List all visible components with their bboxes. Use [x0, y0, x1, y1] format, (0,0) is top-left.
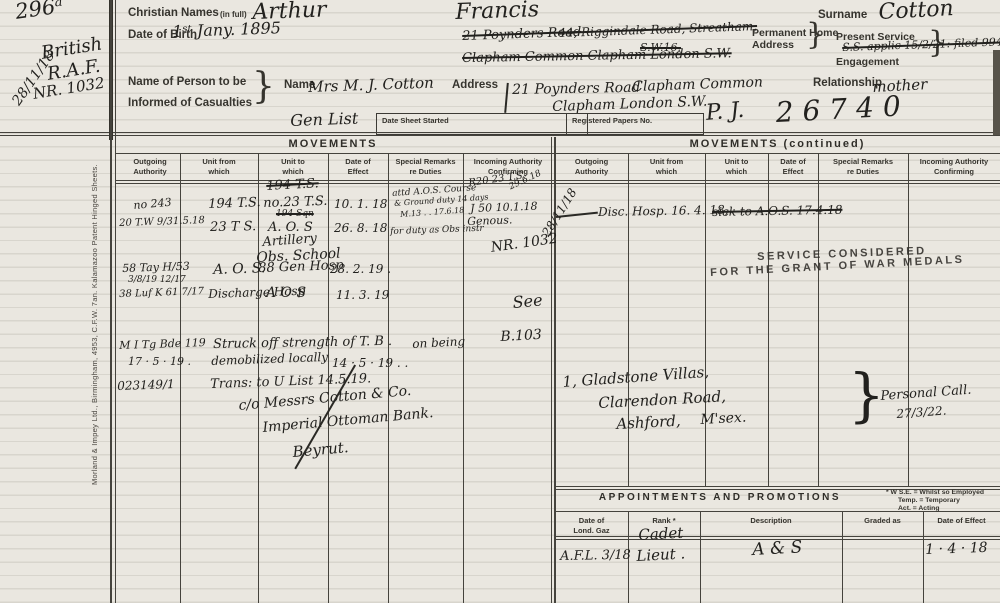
- hw-mvL-r5-auth-a: M I Tg Bde 119: [119, 337, 206, 351]
- hw-personal-call: Personal Call.: [880, 384, 972, 403]
- hw-mvL-r4-to: A O S: [266, 286, 306, 300]
- hw-app-rank-b: Lieut .: [636, 546, 686, 564]
- hw-address-3: Clapham London S.W.: [552, 95, 708, 114]
- hw-app-rank-a: Cadet: [638, 526, 684, 543]
- hw-personal-call-date: 27/3/22.: [896, 405, 947, 420]
- hw-service-note: S.S. applic 15/2/21: filed 994 Ey: [842, 36, 1000, 53]
- hw-mvL-r5-text-a: Struck off strength of T. B .: [213, 335, 392, 351]
- hw-mvL-r4-auth: 38 Luf K 61 7/17: [119, 287, 204, 300]
- hw-mvL-r1-to: no.23 T.S.: [263, 195, 328, 210]
- hw-mvR-r1-a: Disc. Hosp. 16. 4. 18,: [598, 204, 729, 218]
- hw-mvL-conf-date: 28/11/18: [540, 186, 579, 238]
- hw-mvR-addr-d: M'sex.: [700, 411, 747, 427]
- hw-app-date: 1 · 4 · 18: [925, 541, 988, 557]
- hw-papers-number: 26740: [775, 92, 910, 127]
- hw-mvL-r1-conf-c: J 50 10.1.18: [470, 201, 538, 214]
- hw-mvL-r2-from: 23 T S.: [210, 220, 256, 234]
- hw-mvL-r1-auth-a: no 243: [133, 197, 172, 211]
- hw-mvL-r1-to-struck: 194 T.S.: [266, 177, 319, 193]
- hw-address-2: Clapham Common: [632, 75, 763, 94]
- hw-gen-list: Gen List: [290, 111, 359, 129]
- hw-mvL-r5-date: 14 · 5 · 19 . .: [332, 357, 408, 369]
- hw-next-of-kin: Mrs M. J. Cotton: [308, 76, 434, 95]
- hw-mvL-b103: B.103: [500, 328, 542, 344]
- hw-margin-number: NR. 1032: [32, 76, 106, 102]
- hw-mvL-r5-text-b: on being: [412, 335, 465, 350]
- hw-mvL-r1-remarks-c: M.13 . . 17.6.18: [400, 207, 465, 219]
- hw-app-gaz: A.F.L. 3/18: [560, 549, 631, 563]
- hw-mvL-r3-auth-a: 58 Tay H/53: [122, 261, 190, 274]
- hw-old-address-2: 44, Riggindale Road, Streatham,: [558, 20, 757, 39]
- hw-mvL-r2-date: 26. 8. 18: [334, 222, 387, 234]
- hw-dob: 1ˢᵗ Jany. 1895: [172, 20, 281, 40]
- hw-mvL-r1-to-sqn: 194 Sqn: [276, 210, 314, 219]
- hw-mvR-addr-c: Ashford,: [616, 414, 681, 432]
- hw-app-desc: A & S: [752, 539, 803, 559]
- hw-mvL-r3-auth-b: 3/8/19 12/17: [128, 276, 186, 285]
- address-brace-line: [504, 83, 508, 113]
- service-record-card: Christian Names (in full) Surname Date o…: [0, 0, 1000, 603]
- hw-mvL-r3-date: 28. 2. 19 .: [330, 263, 391, 275]
- hw-mvR-addr-a: 1, Gladstone Villas,: [562, 365, 710, 390]
- hw-mvL-r1-date: 10. 1. 18: [334, 198, 387, 210]
- hw-mvL-r1-conf-d: Genous.: [467, 214, 513, 227]
- hw-mvL-r1-from: 194 T.S.: [208, 196, 261, 211]
- hw-page-ref: 296ᵃ: [14, 0, 64, 23]
- hw-mvL-r2-auth: 20 T.W 9/31.5.18: [119, 216, 205, 229]
- hw-mvL-see: See: [512, 292, 543, 311]
- hw-mvL-r5-text-c: demobilized locally: [211, 351, 328, 367]
- hw-address-1: 21 Poynders Road: [512, 81, 641, 97]
- hw-christian-name-2: Francis: [455, 0, 539, 24]
- hw-mvL-r4-date: 11. 3. 19: [336, 289, 389, 301]
- hw-papers-prefix: P. J.: [705, 100, 745, 125]
- hw-old-address-4: Clapham Common Clapham London S.W.: [462, 47, 732, 65]
- hw-mvR-r1-b: sick to A.O.S. 17.4.18: [712, 204, 843, 218]
- hw-surname: Cotton: [878, 0, 954, 24]
- hw-mvL-r6-addr-b: Imperial Ottoman Bank.: [262, 406, 434, 435]
- hw-mvR-addr-b: Clarendon Road,: [598, 389, 726, 411]
- hw-mvL-r5-auth-b: 17 · 5 · 19 .: [128, 356, 191, 367]
- hw-mvL-r6-auth: 023149/1: [117, 378, 175, 392]
- annotations-overlay: 296ᵃBritishR.A.F.NR. 103228/11/18ArthurF…: [0, 0, 1000, 603]
